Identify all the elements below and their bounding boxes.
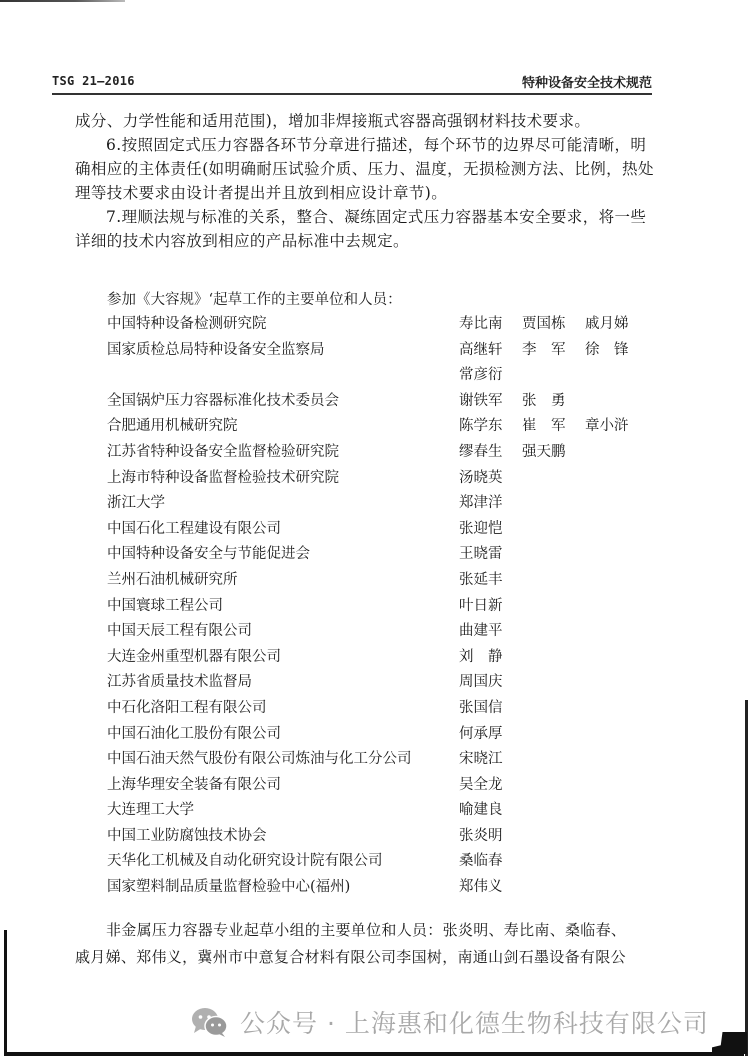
organization-name: 中国寰球工程公司 bbox=[107, 594, 223, 615]
person-name: 张国信 bbox=[459, 696, 522, 717]
wechat-icon bbox=[190, 1006, 230, 1038]
person-name: 桑临春 bbox=[459, 849, 522, 870]
person-name: 喻建良 bbox=[459, 798, 522, 819]
organization-row: 合肥通用机械研究院陈学东崔 军章小浒 bbox=[107, 414, 667, 440]
page-corner-shadow bbox=[712, 1032, 747, 1054]
organization-row: 大连金州重型机器有限公司刘 静 bbox=[107, 645, 667, 671]
watermark: 公众号 · 上海惠和化德生物科技有限公司 bbox=[190, 1002, 709, 1042]
person-name: 张 勇 bbox=[522, 389, 585, 410]
person-name: 谢铁军 bbox=[459, 389, 522, 410]
body-paragraphs: 成分、力学性能和适用范围)，增加非焊接瓶式容器高强钢材料技术要求。 6.按照固定… bbox=[75, 109, 655, 253]
organization-name: 全国锅炉压力容器标准化技术委员会 bbox=[107, 389, 339, 410]
organization-row: 中国工业防腐蚀技术协会张炎明 bbox=[107, 824, 667, 850]
person-name: 汤晓英 bbox=[459, 466, 522, 487]
organization-row: 中国石化工程建设有限公司张迎恺 bbox=[107, 517, 667, 543]
person-name: 章小浒 bbox=[585, 414, 648, 435]
person-name: 何承厚 bbox=[459, 722, 522, 743]
person-name: 叶日新 bbox=[459, 594, 522, 615]
organization-people: 陈学东崔 军章小浒 bbox=[459, 414, 648, 435]
organization-row: 国家质检总局特种设备安全监察局高继轩李 军徐 锋 bbox=[107, 338, 667, 364]
drafting-intro: 参加《大容规》‘起草工作的主要单位和人员： bbox=[107, 288, 402, 309]
person-name: 张延丰 bbox=[459, 568, 522, 589]
organization-name: 大连金州重型机器有限公司 bbox=[107, 645, 281, 666]
organization-people: 寿比南贾国栋戚月娣 bbox=[459, 312, 648, 333]
person-name: 郑伟义 bbox=[459, 875, 522, 896]
page-edge-left bbox=[4, 930, 7, 1056]
organization-row: 天华化工机械及自动化研究设计院有限公司桑临春 bbox=[107, 849, 667, 875]
organization-name: 江苏省质量技术监督局 bbox=[107, 670, 252, 691]
organization-name: 上海华理安全装备有限公司 bbox=[107, 773, 281, 794]
page-edge-right bbox=[745, 700, 748, 1056]
closing-paragraph: 非金属压力容器专业起草小组的主要单位和人员：张炎明、寿比南、桑临春、 戚月娣、郑… bbox=[75, 917, 655, 971]
document-code: TSG 21—2016 bbox=[52, 74, 135, 88]
organization-row: 全国锅炉压力容器标准化技术委员会谢铁军张 勇 bbox=[107, 389, 667, 415]
person-name: 戚月娣 bbox=[585, 312, 648, 333]
paragraph-continuation: 成分、力学性能和适用范围)，增加非焊接瓶式容器高强钢材料技术要求。 bbox=[75, 109, 655, 133]
person-name: 吴全龙 bbox=[459, 773, 522, 794]
person-name: 王晓雷 bbox=[459, 542, 522, 563]
organization-row: 上海市特种设备监督检验技术研究院汤晓英 bbox=[107, 466, 667, 492]
organization-name: 合肥通用机械研究院 bbox=[107, 414, 238, 435]
organization-name: 中石化洛阳工程有限公司 bbox=[107, 696, 267, 717]
scan-artifact-line bbox=[0, 0, 125, 2]
organization-people: 张炎明 bbox=[459, 824, 522, 845]
organization-row: 中石化洛阳工程有限公司张国信 bbox=[107, 696, 667, 722]
organization-row: 中国天辰工程有限公司曲建平 bbox=[107, 619, 667, 645]
organization-people: 郑伟义 bbox=[459, 875, 522, 896]
person-name: 寿比南 bbox=[459, 312, 522, 333]
organization-people: 宋晓江 bbox=[459, 747, 522, 768]
organization-name: 江苏省特种设备安全监督检验研究院 bbox=[107, 440, 339, 461]
person-name: 张迎恺 bbox=[459, 517, 522, 538]
organization-people: 吴全龙 bbox=[459, 773, 522, 794]
paragraph-item-6: 6.按照固定式压力容器各环节分章进行描述，每个环节的边界尽可能清晰，明确相应的主… bbox=[75, 133, 655, 205]
organization-people: 何承厚 bbox=[459, 722, 522, 743]
closing-line-2: 戚月娣、郑伟义，冀州市中意复合材料有限公司李国树，南通山剑石墨设备有限公 bbox=[75, 944, 655, 971]
organization-name: 国家塑料制品质量监督检验中心(福州) bbox=[107, 875, 350, 896]
page-edge-bottom bbox=[4, 1052, 744, 1056]
series-title: 特种设备安全技术规范 bbox=[522, 72, 652, 91]
organization-people: 叶日新 bbox=[459, 594, 522, 615]
organization-people: 高继轩李 军徐 锋 bbox=[459, 338, 648, 359]
organization-name: 中国天辰工程有限公司 bbox=[107, 619, 252, 640]
organization-people: 汤晓英 bbox=[459, 466, 522, 487]
person-name: 曲建平 bbox=[459, 619, 522, 640]
organization-name: 浙江大学 bbox=[107, 491, 165, 512]
organization-name: 兰州石油机械研究所 bbox=[107, 568, 238, 589]
organization-row: 中国特种设备安全与节能促进会王晓雷 bbox=[107, 542, 667, 568]
organization-row: 中国寰球工程公司叶日新 bbox=[107, 594, 667, 620]
person-name: 常彦衍 bbox=[459, 363, 522, 384]
organization-people: 张延丰 bbox=[459, 568, 522, 589]
organization-row: 中国石油化工股份有限公司何承厚 bbox=[107, 722, 667, 748]
organization-people: 常彦衍 bbox=[459, 363, 522, 384]
organization-row: 大连理工大学喻建良 bbox=[107, 798, 667, 824]
person-name: 缪春生 bbox=[459, 440, 522, 461]
organization-people: 郑津洋 bbox=[459, 491, 522, 512]
organization-row: 中国石油天然气股份有限公司炼油与化工分公司宋晓江 bbox=[107, 747, 667, 773]
organization-people: 喻建良 bbox=[459, 798, 522, 819]
organization-row: 国家塑料制品质量监督检验中心(福州)郑伟义 bbox=[107, 875, 667, 901]
organization-row: 江苏省质量技术监督局周国庆 bbox=[107, 670, 667, 696]
organization-name: 国家质检总局特种设备安全监察局 bbox=[107, 338, 325, 359]
drafting-organizations-list: 中国特种设备检测研究院寿比南贾国栋戚月娣国家质检总局特种设备安全监察局高继轩李 … bbox=[107, 312, 667, 901]
person-name: 强天鹏 bbox=[522, 440, 585, 461]
organization-people: 王晓雷 bbox=[459, 542, 522, 563]
organization-people: 桑临春 bbox=[459, 849, 522, 870]
organization-name: 中国石油天然气股份有限公司炼油与化工分公司 bbox=[107, 747, 412, 768]
organization-people: 刘 静 bbox=[459, 645, 522, 666]
organization-name: 中国特种设备安全与节能促进会 bbox=[107, 542, 310, 563]
closing-line-1: 非金属压力容器专业起草小组的主要单位和人员：张炎明、寿比南、桑临春、 bbox=[75, 917, 655, 944]
organization-people: 张迎恺 bbox=[459, 517, 522, 538]
person-name: 张炎明 bbox=[459, 824, 522, 845]
organization-name: 中国工业防腐蚀技术协会 bbox=[107, 824, 267, 845]
organization-people: 曲建平 bbox=[459, 619, 522, 640]
person-name: 宋晓江 bbox=[459, 747, 522, 768]
organization-name: 中国特种设备检测研究院 bbox=[107, 312, 267, 333]
organization-row: 中国特种设备检测研究院寿比南贾国栋戚月娣 bbox=[107, 312, 667, 338]
organization-row: 江苏省特种设备安全监督检验研究院缪春生强天鹏 bbox=[107, 440, 667, 466]
organization-people: 周国庆 bbox=[459, 670, 522, 691]
organization-name: 中国石油化工股份有限公司 bbox=[107, 722, 281, 743]
organization-name: 上海市特种设备监督检验技术研究院 bbox=[107, 466, 339, 487]
watermark-text: 公众号 · 上海惠和化德生物科技有限公司 bbox=[240, 1004, 709, 1040]
person-name: 徐 锋 bbox=[585, 338, 648, 359]
person-name: 李 军 bbox=[522, 338, 585, 359]
paragraph-item-7: 7.理顺法规与标准的关系，整合、凝练固定式压力容器基本安全要求，将一些详细的技术… bbox=[75, 205, 655, 253]
organization-name: 天华化工机械及自动化研究设计院有限公司 bbox=[107, 849, 383, 870]
organization-people: 张国信 bbox=[459, 696, 522, 717]
person-name: 刘 静 bbox=[459, 645, 522, 666]
organization-row: 兰州石油机械研究所张延丰 bbox=[107, 568, 667, 594]
organization-row: 常彦衍 bbox=[107, 363, 667, 389]
organization-name: 中国石化工程建设有限公司 bbox=[107, 517, 281, 538]
person-name: 高继轩 bbox=[459, 338, 522, 359]
organization-people: 缪春生强天鹏 bbox=[459, 440, 585, 461]
organization-name: 大连理工大学 bbox=[107, 798, 194, 819]
person-name: 崔 军 bbox=[522, 414, 585, 435]
organization-people: 谢铁军张 勇 bbox=[459, 389, 585, 410]
organization-row: 上海华理安全装备有限公司吴全龙 bbox=[107, 773, 667, 799]
person-name: 周国庆 bbox=[459, 670, 522, 691]
person-name: 贾国栋 bbox=[522, 312, 585, 333]
person-name: 郑津洋 bbox=[459, 491, 522, 512]
header-rule bbox=[52, 93, 652, 95]
person-name: 陈学东 bbox=[459, 414, 522, 435]
organization-row: 浙江大学郑津洋 bbox=[107, 491, 667, 517]
